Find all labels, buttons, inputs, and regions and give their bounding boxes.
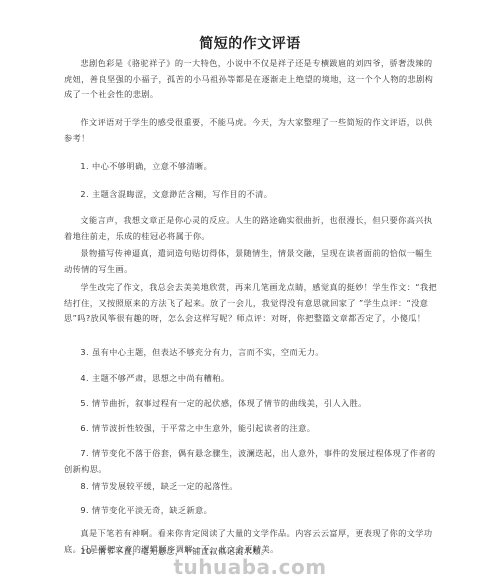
comment-item-7: 7. 情节变化不落于俗套，偶有悬念骤生，波澜迭起，出人意外，事件的发展过程体现了… xyxy=(64,446,440,477)
comment-item-6: 6. 情节波折性较强，于平常之中生意外，能引起读者的注意。 xyxy=(64,421,440,437)
comment-item-2: 2. 主题含混晦涩，文意渺茫含糊，写作目的不清。 xyxy=(64,187,440,203)
document-page: 简短的作文评语 悲剧色彩是《骆驼祥子》的一大特色，小说中不仅是祥子还是专横跋扈的… xyxy=(0,0,500,587)
document-title: 简短的作文评语 xyxy=(0,33,500,53)
paragraph-intro: 悲剧色彩是《骆驼祥子》的一大特色，小说中不仅是祥子还是专横跋扈的刘四爷，骄奢泼辣… xyxy=(64,56,440,103)
comment-item-9: 9. 情节变化平淡无奇，缺乏新意。 xyxy=(64,503,440,519)
comment-item-3: 3. 虽有中心主题，但表达不够充分有力，言而不实，空而无力。 xyxy=(64,345,440,361)
comment-item-4: 4. 主题不够严肃，思想之中尚有糟粕。 xyxy=(64,371,440,387)
comment-item-1: 1. 中心不够明确，立意不够清晰。 xyxy=(64,159,440,175)
comment-item-5: 5. 情节曲折，叙事过程有一定的起伏感，体现了情节的曲线美，引人入胜。 xyxy=(64,396,440,412)
paragraph-comment-b: 景物描写传神逼真，遣词造句贴切得体，景随情生，情景交融，呈现在读者面前的恰似一幅… xyxy=(64,246,440,277)
paragraph-preface: 作文评语对于学生的感受很重要，不能马虎。今天，为大家整理了一些简短的作文评语，以… xyxy=(64,115,440,146)
paragraph-comment-a: 文能言声，我想文章正是你心灵的反应。人生的路途确实很曲折，也很漫长，但只要你高兴… xyxy=(64,213,440,244)
watermark: tuhuaba.com xyxy=(0,555,500,579)
comment-item-8: 8. 情节发展较平缓，缺乏一定的起落性。 xyxy=(64,479,440,495)
paragraph-comment-c: 学生改完了作文，我总会去美美地欣赏，再来几笔画龙点睛，感觉真的挺妙！学生作文：“… xyxy=(64,280,440,327)
